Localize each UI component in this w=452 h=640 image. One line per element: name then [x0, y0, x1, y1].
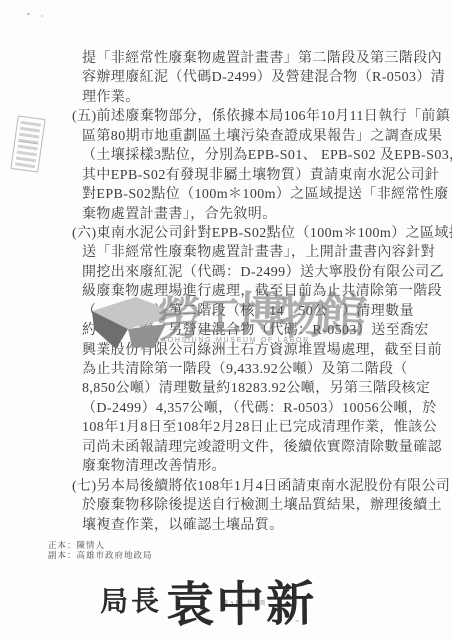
body-line: 容辦理廢紅泥（代碼D-2499）及營建混合物（R-0503）清: [72, 68, 428, 87]
signature-title: 局長: [100, 579, 162, 620]
body-line: 約 噸，另營建混合物（代碼：R-0503）送至喬宏: [72, 321, 428, 340]
body-line: 108年1月8日至108年2月28日止已完成清理作業，惟該公: [72, 418, 428, 437]
body-line: 壤複查作業，以確認土壤品質。: [72, 516, 428, 535]
body-line: （D-2499）4,357公噸，（代碼：R-0503）10056公噸，於: [72, 399, 428, 418]
distribution-block: 正本：陳情人 副本：高雄市政府地政局: [48, 540, 153, 560]
body-line: 其中EPB-S02有發現非屬土壤物質）責請東南水泥公司針: [72, 166, 428, 185]
body-line: 廢棄物清理改善情形。: [72, 457, 428, 476]
body-line: 為止共清除第一階段（9,433.92公噸）及第二階段（: [72, 360, 428, 379]
body-line: 開挖出來廢紅泥（代碼：D-2499）送大寧股份有限公司乙: [72, 263, 428, 282]
signature-name: 袁中新: [166, 565, 317, 635]
body-line: (五)前述廢棄物部分，係依據本局106年10月11日執行「前鎮: [72, 107, 428, 126]
body-line: 8,850公噸）清理數量約18283.92公噸，另第三階段核定: [72, 379, 428, 398]
body-line: 對EPB-S02點位（100m＊100m）之區域提送「非經常性廢: [72, 185, 428, 204]
body-line: 送「非經常性廢棄物處置計畫書」，上開計畫書內容針對: [72, 243, 428, 262]
body-line: 於廢棄物移除後提送自行檢測土壤品質結果，辦理後續土: [72, 496, 428, 515]
scanned-document-page: 提「非經常性廢棄物處置計畫書」第二階段及第三階段內容辦理廢紅泥（代碼D-2499…: [0, 0, 452, 640]
body-line: 司尚未函報請理完竣證明文件，後續依實際清除數量確認: [72, 438, 428, 457]
body-line: (六)東南水泥公司針對EPB-S02點位（100m＊100m）之區域提: [72, 224, 428, 243]
scan-speck: [41, 15, 43, 17]
scan-speck: [27, 13, 30, 15]
director-signature: 局長 袁中新: [100, 565, 317, 636]
copy-duplicate: 副本：高雄市政府地政局: [48, 550, 153, 560]
body-line: 棄物處置計畫書」，合先敘明。: [72, 205, 428, 224]
body-line: 區第80期市地重劃區土壤污染查證成果報告」之調查成果: [72, 127, 428, 146]
body-line: 興業股份有限公司綠洲土石方資源堆置場處理，截至目前: [72, 341, 428, 360]
receipt-stamp: [10, 115, 45, 172]
document-body: 提「非經常性廢棄物處置計畫書」第二階段及第三階段內容辦理廢紅泥（代碼D-2499…: [72, 49, 428, 535]
body-line: 級廢棄物處理場進行處理，截至目前為止共清除第一階段: [72, 282, 428, 301]
body-line: 理作業。: [72, 88, 428, 107]
body-line: (七)另本局後續將依108年1月4日函請東南水泥股份有限公司: [72, 477, 428, 496]
body-line: （土壤採樣3點位，分別為EPB-S01、 EPB-S02 及EPB-S03，: [72, 146, 428, 165]
copy-original: 正本：陳情人: [48, 540, 153, 550]
body-line: 提「非經常性廢棄物處置計畫書」第二階段及第三階段內: [72, 49, 428, 68]
body-line: （ ）第二階段（核 14 50公 ）清理數量: [72, 302, 428, 321]
